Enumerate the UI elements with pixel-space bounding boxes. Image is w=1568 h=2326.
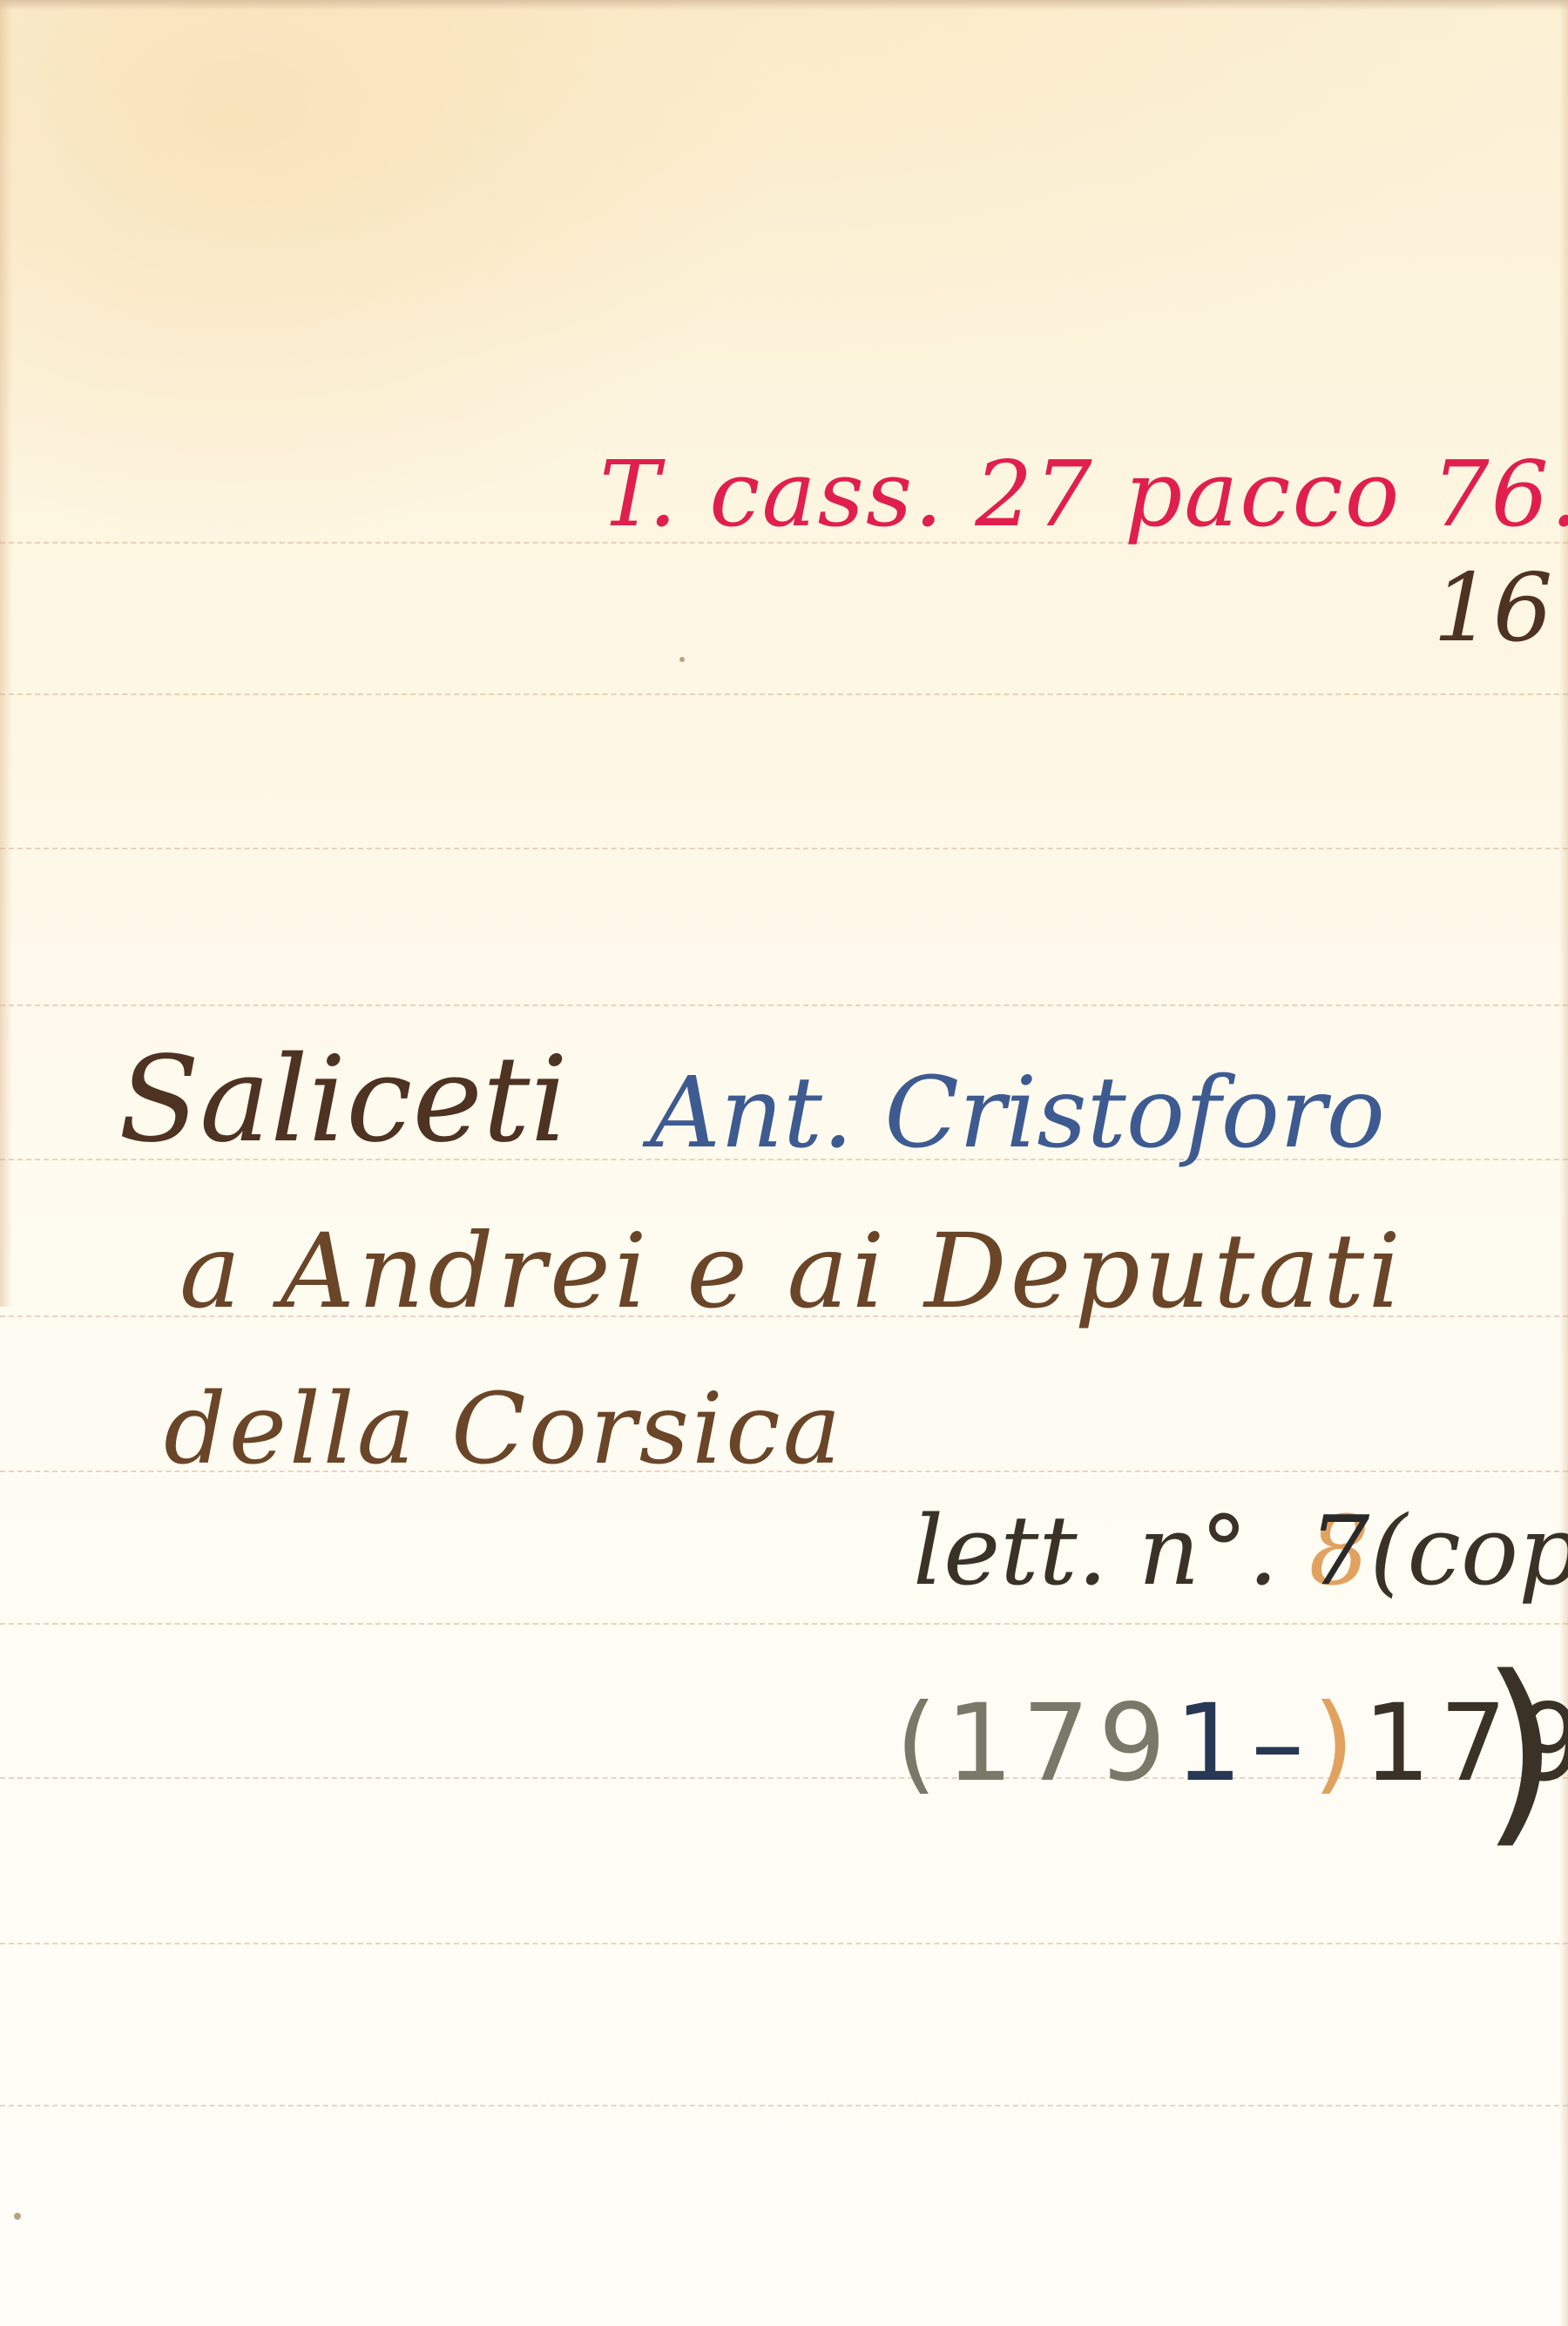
ruled-line	[0, 848, 1568, 849]
letters-count-corrected: 8 7	[1308, 1503, 1369, 1599]
card-top-edge	[0, 0, 1568, 10]
card-right-edge	[1559, 0, 1568, 2326]
ink-speck	[14, 2213, 21, 2220]
date-start-last-digit: 1	[1174, 1681, 1251, 1805]
date-start: 179	[946, 1681, 1175, 1805]
author-surname: Saliceti	[118, 1041, 568, 1160]
ruled-line	[0, 1943, 1568, 1944]
recipient-line: a Andrei e ai Deputati	[179, 1220, 1404, 1322]
letters-label: lett. n°.	[913, 1495, 1278, 1606]
author-forenames: Ant. Cristoforo	[650, 1065, 1385, 1162]
letters-count-line: lett. n°. 8 7 (copie)	[913, 1503, 1568, 1599]
shelfmark-sub-number: 16	[1433, 562, 1552, 656]
card-left-edge	[0, 0, 12, 1307]
shelfmark-text: T. cass. 27 pacco 76.	[599, 449, 1568, 539]
date-close-outer: )	[1481, 1651, 1559, 1851]
ruled-line	[0, 1004, 1568, 1006]
ruled-line	[0, 693, 1568, 695]
date-open-paren: (	[896, 1681, 946, 1805]
date-dash: –	[1251, 1681, 1313, 1805]
ink-speck	[679, 657, 685, 662]
archive-index-card: T. cass. 27 pacco 76. 16 Saliceti Ant. C…	[0, 0, 1568, 2326]
ruled-line	[0, 2105, 1568, 2106]
date-close-inner: )	[1313, 1681, 1363, 1805]
date-range: (1791–)1793	[896, 1690, 1568, 1796]
letters-note: (copie)	[1369, 1495, 1568, 1606]
letters-count: 7	[1308, 1495, 1369, 1606]
recipient-line-2: della Corsica	[164, 1381, 843, 1478]
ruled-line	[0, 1623, 1568, 1625]
